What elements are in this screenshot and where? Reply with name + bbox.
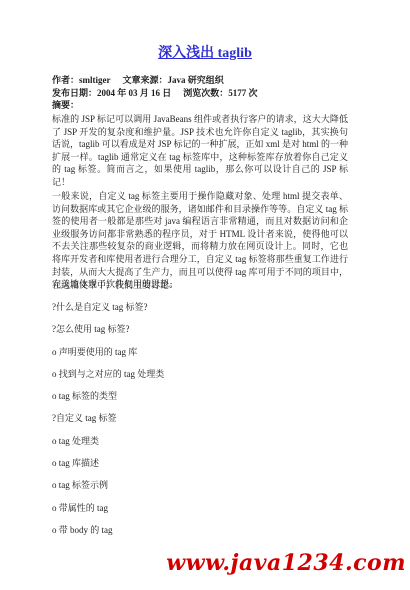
views-label: 浏览次数： — [183, 88, 228, 98]
date-line: 发布日期：2004 年 03 月 16 日浏览次数：5177 次 — [52, 87, 350, 100]
toc-item: ?什么是自定义 tag 标签? — [52, 301, 352, 323]
abstract-paragraph: 标准的 JSP 标记可以调用 JavaBeans 组件或者执行客户的请求，这大大… — [52, 113, 348, 189]
toc-item: o tag 处理类 — [52, 435, 352, 457]
author-line: 作者：smltiger文章来源：Java 研究组织 — [52, 74, 350, 87]
views-value: 5177 次 — [228, 88, 257, 98]
date-label: 发布日期： — [52, 88, 97, 98]
body-paragraph: 一般来说，自定义 tag 标签主要用于操作隐藏对象、处理 html 提交表单、访… — [52, 190, 348, 291]
toc-item: ?怎么使用 tag 标签? — [52, 323, 352, 345]
watermark-text: www.java1234.com — [166, 550, 406, 576]
toc-list: ?什么是自定义 tag 标签? ?怎么使用 tag 标签? o 声明要使用的 t… — [52, 301, 352, 546]
article-meta: 作者：smltiger文章来源：Java 研究组织 发布日期：2004 年 03… — [52, 74, 350, 112]
author-label: 作者： — [52, 75, 79, 85]
toc-item: o 带属性的 tag — [52, 502, 352, 524]
abstract-label: 摘要： — [52, 100, 79, 110]
toc-item: o 带 body 的 tag — [52, 524, 352, 546]
toc-intro-line: 在这篇文章中，我们主要讨论： — [52, 279, 348, 292]
author-value: smltiger — [79, 75, 111, 85]
toc-item: o tag 标签示例 — [52, 479, 352, 501]
toc-item: ?自定义 tag 标签 — [52, 412, 352, 434]
toc-item: o 找到与之对应的 tag 处理类 — [52, 368, 352, 390]
toc-item: o tag 库描述 — [52, 457, 352, 479]
toc-item: o tag 标签的类型 — [52, 390, 352, 412]
source-value: Java 研究组织 — [168, 75, 224, 85]
abstract-label-line: 摘要： — [52, 99, 350, 112]
document-page: 深入浅出 taglib 作者：smltiger文章来源：Java 研究组织 发布… — [0, 0, 410, 590]
date-value: 2004 年 03 月 16 日 — [97, 88, 171, 98]
article-title-link[interactable]: 深入浅出 taglib — [0, 42, 410, 62]
source-label: 文章来源： — [123, 75, 168, 85]
toc-item: o 声明要使用的 tag 库 — [52, 346, 352, 368]
